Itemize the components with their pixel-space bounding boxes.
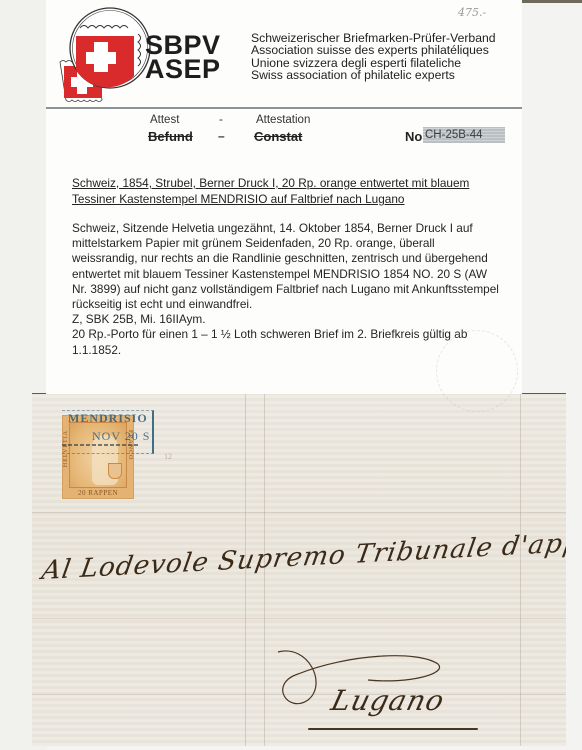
fold-line — [32, 512, 566, 513]
box-cancellation: MENDRISIO NOV 20 S — [62, 410, 154, 454]
body-postage-note: 20 Rp.-Porto für einen 1 – 1 ½ Loth schw… — [72, 327, 502, 357]
cancel-bar — [62, 444, 140, 446]
label-sep-1: - — [219, 114, 223, 126]
label-attestation: Attestation — [256, 114, 310, 126]
label-befund-struck: Befund — [148, 129, 193, 144]
assoc-fr: Association suisse des experts philatéli… — [251, 44, 496, 56]
attest-certificate: SBPV ASEP Schweizerischer Briefmarken-Pr… — [46, 0, 522, 394]
brand-asep: ASEP — [145, 57, 221, 81]
body-paragraph-1: Schweiz, Sitzende Helvetia ungezähnt, 14… — [72, 221, 502, 312]
folded-letter: HELVETIA FRANCO 20 RAPPEN MENDRISIO NOV … — [32, 394, 566, 746]
assoc-en: Swiss association of philatelic experts — [251, 69, 496, 81]
price-annotation: 475.- — [458, 6, 486, 19]
swiss-shield-icon — [108, 463, 122, 479]
pencil-mark: 12 — [164, 452, 172, 461]
certificate-summary: Schweiz, 1854, Strubel, Berner Druck I, … — [72, 175, 492, 207]
address-line-2: Lugano — [328, 684, 448, 717]
certificate-body: Schweiz, Sitzende Helvetia ungezähnt, 14… — [72, 221, 502, 358]
embossed-seal — [436, 330, 518, 412]
fold-line — [32, 618, 566, 619]
certificate-header: SBPV ASEP Schweizerischer Briefmarken-Pr… — [46, 0, 522, 109]
stamp-value: 20 RAPPEN — [71, 489, 125, 497]
label-attest: Attest — [150, 114, 179, 126]
background-edge — [522, 0, 582, 3]
cancel-town: MENDRISIO — [68, 411, 148, 426]
cancel-date: NOV 20 S — [92, 429, 150, 444]
label-constat-struck: Constat — [254, 129, 302, 144]
label-sep-2: – — [218, 129, 225, 143]
address-underline — [308, 728, 478, 730]
body-catalog-ref: Z, SBK 25B, Mi. 16IIAym. — [72, 312, 502, 327]
association-names: Schweizerischer Briefmarken-Prüfer-Verba… — [251, 32, 496, 82]
certificate-number: CH-25B-44 — [423, 127, 505, 143]
brand-name: SBPV ASEP — [145, 33, 221, 81]
